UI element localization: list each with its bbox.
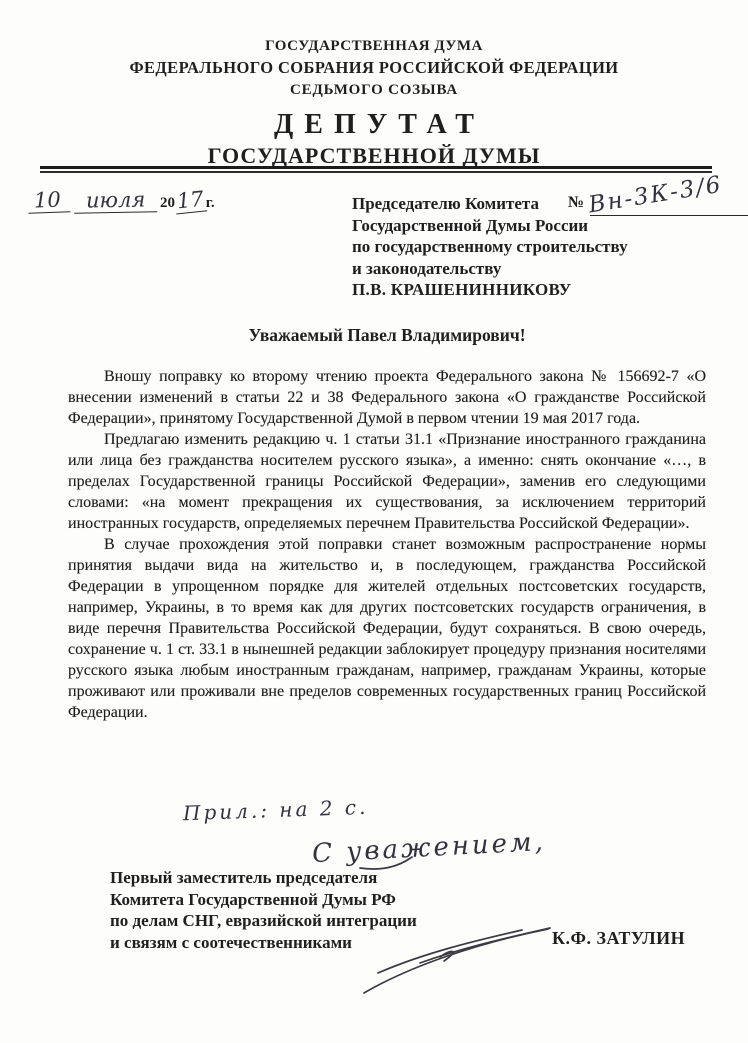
date-year-suffix: г. <box>206 195 215 211</box>
salutation: Уважаемый Павел Владимирович! <box>68 325 706 346</box>
letterhead-title: ДЕПУТАТ <box>0 109 748 141</box>
letter-body: Вношу поправку ко второму чтению проекта… <box>68 366 706 723</box>
signature-scribble-icon <box>350 845 565 1005</box>
letterhead: ГОСУДАРСТВЕННАЯ ДУМА ФЕДЕРАЛЬНОГО СОБРАН… <box>0 38 748 169</box>
date-month-handwritten: июля <box>74 187 158 213</box>
org-name-line2: ФЕДЕРАЛЬНОГО СОБРАНИЯ РОССИЙСКОЙ ФЕДЕРАЦ… <box>0 58 748 78</box>
date-year-printed: 20 <box>160 195 175 211</box>
scanned-letter-page: ГОСУДАРСТВЕННАЯ ДУМА ФЕДЕРАЛЬНОГО СОБРАН… <box>0 0 748 1043</box>
org-name-line3: СЕДЬМОГО СОЗЫВА <box>0 82 748 99</box>
addressee-line: Государственной Думы России <box>352 215 628 237</box>
body-paragraph-1: Вношу поправку ко второму чтению проекта… <box>68 366 706 429</box>
addressee-block: Председателю Комитета Государственной Ду… <box>352 193 628 301</box>
divider-thin-line <box>40 171 712 173</box>
addressee-line: Председателю Комитета <box>352 193 628 215</box>
addressee-line: по государственному строительству <box>352 236 628 258</box>
attachment-note-handwritten: Прил.: на 2 с. <box>183 795 369 825</box>
org-name-line1: ГОСУДАРСТВЕННАЯ ДУМА <box>0 38 748 55</box>
divider-thick-line <box>40 166 712 169</box>
date-year-handwritten: 17 <box>174 186 207 214</box>
addressee-line: и законодательству <box>352 258 628 280</box>
body-paragraph-2: Предлагаю изменить редакцию ч. 1 статьи … <box>68 429 706 534</box>
signer-name: К.Ф. ЗАТУЛИН <box>552 928 685 949</box>
body-paragraph-3: В случае прохождения этой поправки стане… <box>68 534 706 723</box>
letterhead-divider <box>40 166 712 173</box>
date-day-handwritten: 10 <box>28 187 71 213</box>
date-field: 10июля2017г. <box>28 188 215 213</box>
addressee-recipient-name: П.В. КРАШЕНИННИКОВУ <box>352 279 628 301</box>
